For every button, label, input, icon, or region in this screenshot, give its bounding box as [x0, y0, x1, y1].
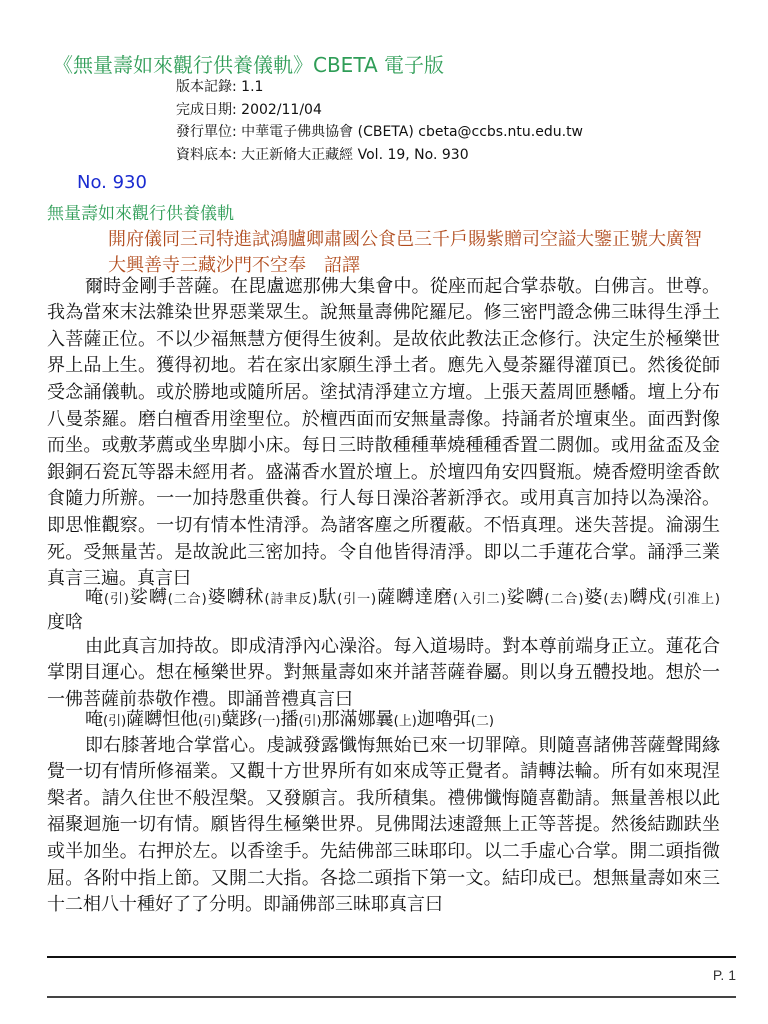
mantra-syllable: 婆嚩秫: [207, 587, 265, 608]
paragraph: 即右膝著地合掌當心。虔誠發露懺悔無始已來一切罪障。則隨喜諸佛菩薩聲聞緣 覺一切有…: [47, 733, 720, 919]
meta-label: 完成日期:: [176, 102, 237, 118]
footer-divider-bottom: [47, 996, 736, 998]
mantra-syllable: 嚩戍: [628, 587, 667, 608]
meta-version: 版本記錄: 1.1: [176, 76, 583, 99]
mantra-note: (引): [298, 714, 321, 729]
meta-value: 中華電子佛典協會 (CBETA) cbeta@ccbs.ntu.edu.tw: [241, 124, 583, 140]
mantra-syllable: 薩嚩怛他: [126, 709, 198, 730]
text-number: No. 930: [77, 171, 147, 195]
text-line: 食隨力所辦。一一加持慇重供養。行人每日澡浴著新淨衣。或用真言加持以為澡浴。: [47, 486, 720, 513]
mantra-syllable: 播: [280, 709, 298, 730]
text-line: 或半加坐。右押於左。以香塗手。先結佛部三昧耶印。以二手虛心合掌。開二頭指微: [47, 839, 720, 866]
meta-label: 發行單位:: [176, 124, 237, 140]
text-line: 銀銅石瓷瓦等器未經用者。盛滿香水置於壇上。於壇四角安四賢瓶。燒香燈明塗香飲: [47, 460, 720, 487]
mantra-note: (引准上): [667, 592, 720, 607]
page-number: P. 1: [713, 966, 736, 984]
translator-credit: 開府儀同三司特進試鴻臚卿肅國公食邑三千戶賜紫贈司空謚大鑒正號大廣智 大興善寺三藏…: [108, 227, 702, 279]
mantra-syllable: 馱: [317, 587, 337, 608]
mantra-syllable: 糵跢: [221, 709, 257, 730]
mantra-note: (二合): [168, 592, 207, 607]
text-line: 八曼荼羅。磨白檀香用塗聖位。於檀西面而安無量壽像。持誦者於壇東坐。面西對像: [47, 407, 720, 434]
mantra-syllable: 娑嚩: [129, 587, 168, 608]
text-line: 入菩薩正位。不以少福無慧方便得生彼剎。是故依此教法正念修行。決定生於極樂世: [47, 327, 720, 354]
mantra-note: (二合): [544, 592, 583, 607]
mantra-note: (去): [603, 592, 628, 607]
mantra-note: (引): [104, 592, 129, 607]
mantra-syllable: 唵: [85, 709, 103, 730]
metadata-block: 版本記錄: 1.1 完成日期: 2002/11/04 發行單位: 中華電子佛典協…: [176, 76, 583, 167]
text-line: 福聚迴施一切有情。願皆得生極樂世界。見佛聞法速證無上正等菩提。然後結跏趺坐: [47, 812, 720, 839]
text-line: 掌閉目運心。想在極樂世界。對無量壽如來并諸菩薩眷屬。則以身五體投地。想於一: [47, 660, 720, 687]
mantra: 唵(引)薩嚩怛他(引)糵跢(一)播(引)那滿娜曩(上)迦嚕弭(二): [47, 709, 720, 733]
mantra-syllable: 那滿娜曩: [322, 709, 394, 730]
mantra-syllable: 薩嚩達磨: [376, 587, 453, 608]
text-line: 我為當來末法雜染世界惡業眾生。說無量壽佛陀羅尼。修三密門證念佛三昧得生淨土: [47, 300, 720, 327]
meta-value: 大正新脩大正藏經 Vol. 19, No. 930: [241, 147, 468, 163]
text-line: 受念誦儀軌。或於勝地或隨所居。塗拭清淨建立方壇。上張天蓋周匝懸幡。壇上分布: [47, 380, 720, 407]
meta-value: 1.1: [241, 79, 263, 95]
text-line: 死。受無量苦。是故說此三密加持。令自他皆得清淨。即以二手蓮花合掌。誦淨三業: [47, 540, 720, 567]
text-line: 十二相八十種好了了分明。即誦佛部三昧耶真言曰: [47, 892, 720, 919]
footer-divider-top: [47, 956, 736, 958]
meta-label: 版本記錄:: [176, 79, 237, 95]
meta-completion-date: 完成日期: 2002/11/04: [176, 99, 583, 122]
mantra-syllable: 度唅: [47, 612, 83, 633]
text-line: 即思惟觀察。一切有情本性清淨。為諸客塵之所覆蔽。不悟真理。迷失菩提。淪溺生: [47, 513, 720, 540]
mantra-note: (一): [257, 714, 280, 729]
mantra-note: (引): [103, 714, 126, 729]
text-line: 爾時金剛手菩薩。在毘盧遮那佛大集會中。從座而起合掌恭敬。白佛言。世尊。: [47, 274, 720, 301]
text-line: 而坐。或敷茅薦或坐卑脚小床。每日三時散種種華燒種種香置二閼伽。或用盆盃及金: [47, 433, 720, 460]
sutra-title: 無量壽如來觀行供養儀軌: [47, 202, 234, 226]
text-line: 由此真言加持故。即成清淨內心澡浴。每入道場時。對本尊前端身正立。蓮花合: [47, 634, 720, 661]
mantra: 唵(引)娑嚩(二合)婆嚩秫(詩聿反)馱(引一)薩嚩達磨(入引二)娑嚩(二合)婆(…: [47, 586, 720, 634]
mantra-line: 度唅: [47, 611, 720, 634]
meta-source: 資料底本: 大正新脩大正藏經 Vol. 19, No. 930: [176, 144, 583, 167]
mantra-syllable: 婆: [583, 587, 603, 608]
text-line: 界上品上生。獲得初地。若在家出家願生淨土者。應先入曼荼羅得灌頂已。然後從師: [47, 353, 720, 380]
meta-label: 資料底本:: [176, 147, 237, 163]
meta-publisher: 發行單位: 中華電子佛典協會 (CBETA) cbeta@ccbs.ntu.ed…: [176, 121, 583, 144]
text-line: 槃者。請久住世不般涅槃。又發願言。我所積集。禮佛懺悔隨喜勸請。無量善根以此: [47, 786, 720, 813]
mantra-syllable: 迦嚕弭: [417, 709, 471, 730]
paragraph: 由此真言加持故。即成清淨內心澡浴。每入道場時。對本尊前端身正立。蓮花合 掌閉目運…: [47, 634, 720, 714]
text-line: 即右膝著地合掌當心。虔誠發露懺悔無始已來一切罪障。則隨喜諸佛菩薩聲聞緣: [47, 733, 720, 760]
mantra-syllable: 娑嚩: [506, 587, 545, 608]
mantra-note: (入引二): [453, 592, 506, 607]
meta-value: 2002/11/04: [241, 102, 322, 118]
mantra-line: 唵(引)娑嚩(二合)婆嚩秫(詩聿反)馱(引一)薩嚩達磨(入引二)娑嚩(二合)婆(…: [47, 586, 720, 611]
document-page: 《無量壽如來觀行供養儀軌》CBETA 電子版 版本記錄: 1.1 完成日期: 2…: [0, 0, 768, 1024]
mantra-syllable: 唵: [85, 587, 104, 608]
mantra-note: (引一): [337, 592, 376, 607]
translator-line: 開府儀同三司特進試鴻臚卿肅國公食邑三千戶賜紫贈司空謚大鑒正號大廣智: [108, 227, 702, 253]
document-title: 《無量壽如來觀行供養儀軌》CBETA 電子版: [53, 51, 444, 79]
mantra-note: (二): [471, 714, 494, 729]
mantra-line: 唵(引)薩嚩怛他(引)糵跢(一)播(引)那滿娜曩(上)迦嚕弭(二): [47, 709, 720, 733]
text-line: 覺一切有情所修福業。又觀十方世界所有如來成等正覺者。請轉法輪。所有如來現涅: [47, 759, 720, 786]
paragraph: 爾時金剛手菩薩。在毘盧遮那佛大集會中。從座而起合掌恭敬。白佛言。世尊。 我為當來…: [47, 274, 720, 593]
mantra-note: (詩聿反): [264, 592, 317, 607]
mantra-note: (上): [394, 714, 417, 729]
mantra-note: (引): [198, 714, 221, 729]
text-line: 屈。各附中指上節。又開二大指。各捻二頭指下第一文。結印成已。想無量壽如來三: [47, 866, 720, 893]
